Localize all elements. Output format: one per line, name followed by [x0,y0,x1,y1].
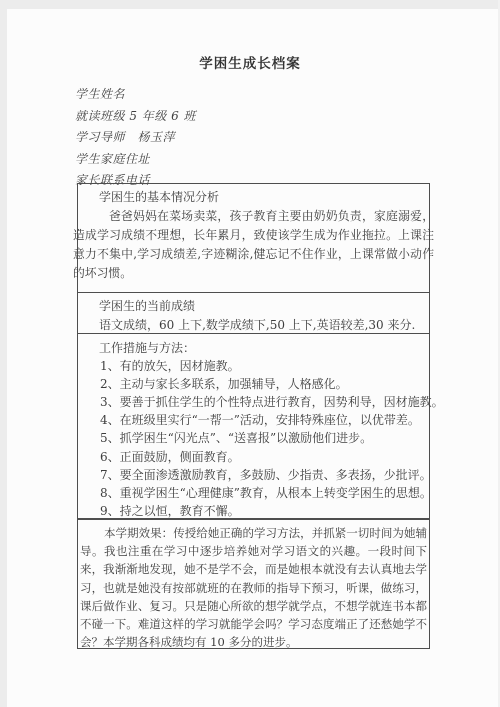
measure-item: 2、主动与家长多联系，加强辅导，人格感化。 [78,375,429,393]
measure-item: 6、正面鼓励，侧面教育。 [78,448,429,466]
measure-item: 5、抓学困生“闪光点”、“送喜报”以激励他们进步。 [78,429,429,447]
student-name-line: 学生姓名 [75,85,500,107]
student-info-block: 学生姓名 就读班级 5 年级 6 班 学习导师 杨玉萍 学生家庭住址 家长联系电… [75,85,500,193]
measure-item: 4、在班级里实行“一帮一”活动，安排特殊座位，以优带差。 [78,411,429,429]
measure-item: 7、要全面渗透激励教育，多鼓励、少指责、多表扬，少批评。 [78,466,429,484]
section-current-scores: 学困生的当前成绩 语文成绩，60 上下,数学成绩下,50 上下,英语较差,30 … [78,292,429,333]
scan-edge-top [0,0,500,9]
basic-analysis-text: 爸爸妈妈在菜场卖菜，孩子教育主要由奶奶负责，家庭溺爱，造成学习成绩不理想，长年累… [73,207,434,284]
section-semester-result: 本学期效果：传授给她正确的学习方法，并抓紧一切时间为她辅导。我也注重在学习中逐步… [78,518,429,648]
measure-item: 1、有的放矢，因材施教。 [78,357,429,375]
profile-table: 学困生的基本情况分析 爸爸妈妈在菜场卖菜，孩子教育主要由奶奶负责，家庭溺爱，造成… [77,183,430,649]
scan-edge-left [0,0,7,707]
measure-item: 3、要善于抓住学生的个性特点进行教育，因势利导，因材施教。 [78,393,429,411]
current-scores-text: 语文成绩，60 上下,数学成绩下,50 上下,英语较差,30 来分. [78,316,429,335]
basic-analysis-heading: 学困生的基本情况分析 [78,184,429,207]
section-basic-analysis: 学困生的基本情况分析 爸爸妈妈在菜场卖菜，孩子教育主要由奶奶负责，家庭溺爱，造成… [78,184,429,292]
document-page: 学困生成长档案 学生姓名 就读班级 5 年级 6 班 学习导师 杨玉萍 学生家庭… [0,0,500,193]
section-measures: 工作措施与方法： 1、有的放矢，因材施教。 2、主动与家长多联系，加强辅导，人格… [78,333,429,518]
measure-item: 8、重视学困生“心理健康”教育，从根本上转变学困生的思想。 [78,484,429,502]
document-title: 学困生成长档案 [0,0,500,72]
tutor-line: 学习导师 杨玉萍 [75,128,500,150]
current-scores-heading: 学困生的当前成绩 [78,293,429,316]
semester-result-text: 本学期效果：传授给她正确的学习方法，并抓紧一切时间为她辅导。我也注重在学习中逐步… [78,520,429,651]
measures-heading: 工作措施与方法： [78,334,429,357]
class-line: 就读班级 5 年级 6 班 [75,107,500,129]
address-line: 学生家庭住址 [75,150,500,172]
